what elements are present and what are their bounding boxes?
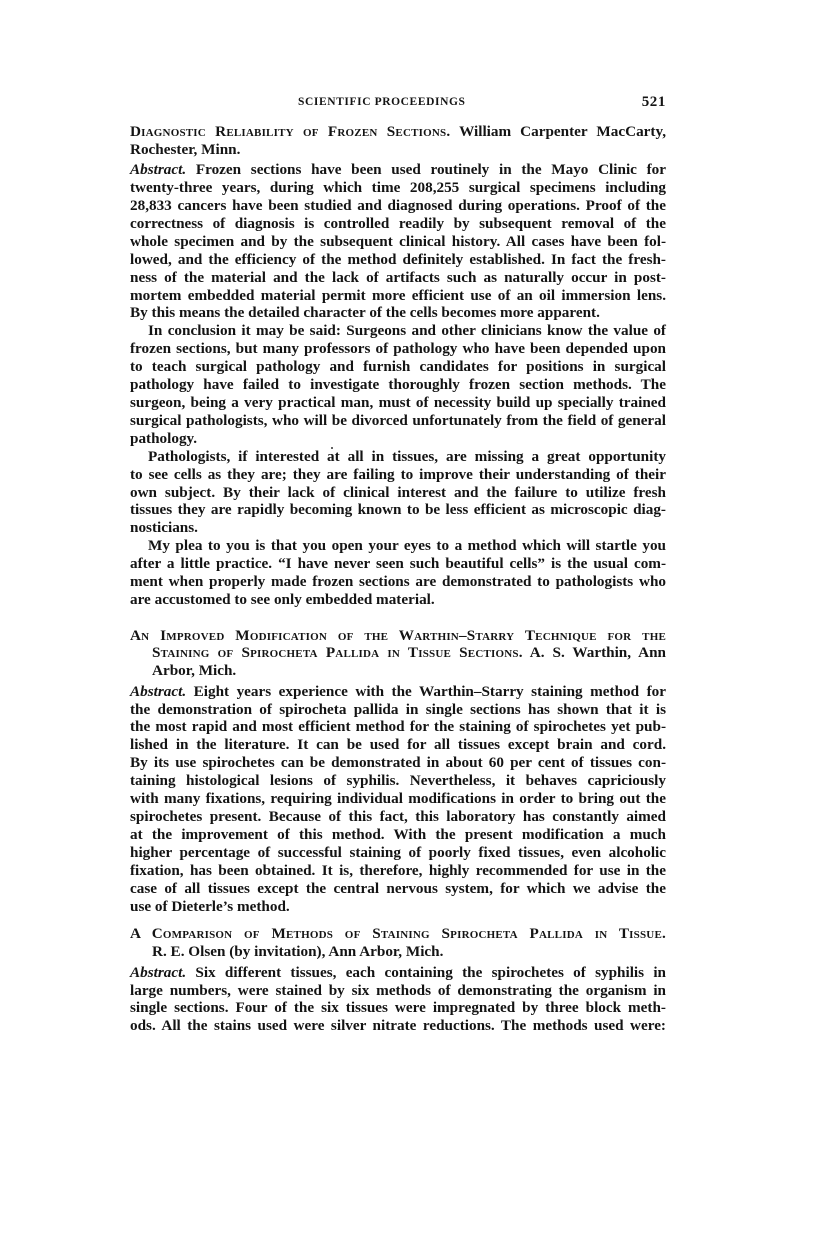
article-title-prefix: A — [130, 925, 152, 942]
running-head: SCIENTIFIC PROCEEDINGS 521 — [130, 92, 666, 114]
heading-line: Staining of Spirocheta Pallida in Tissue… — [152, 644, 666, 662]
text-line: twenty-three years, during which time 20… — [130, 179, 666, 197]
text-line: the demonstration of spirocheta pallida … — [130, 701, 666, 719]
article-title: Staining of Spirocheta Pallida in Tissue… — [152, 644, 523, 661]
text-line: use of Dieterle’s method. — [130, 898, 666, 916]
article-diagnostic-reliability: Diagnostic Reliability of Frozen Section… — [130, 123, 666, 609]
text-line: higher percentage of successful staining… — [130, 844, 666, 862]
text-line: fixation, has been obtained. It is, ther… — [130, 862, 666, 880]
body-paragraph: Pathologists, if interested at all in ti… — [130, 448, 666, 538]
article-title: An Improved Modification of the Warthin–… — [130, 627, 666, 644]
heading-line: Diagnostic Reliability of Frozen Section… — [152, 123, 666, 141]
text-line: case of all tissues except the central n… — [130, 880, 666, 898]
abstract-label: Abstract. — [130, 683, 186, 700]
text-line: By its use spirochetes can be demonstrat… — [130, 754, 666, 772]
text-line: with many fixations, requiring individua… — [130, 790, 666, 808]
text-line: lished in the literature. It can be used… — [130, 736, 666, 754]
heading-line: Arbor, Mich. — [152, 662, 666, 680]
text-line: ness of the material and the lack of art… — [130, 269, 666, 287]
text-line: large numbers, were stained by six metho… — [130, 982, 666, 1000]
text-line: to teach surgical pathology and furnish … — [130, 358, 666, 376]
text-line: to see cells as they are; they are faili… — [130, 466, 666, 484]
article-author: A. S. Warthin, Ann — [523, 644, 666, 661]
article-title: Diagnostic Reliability of Frozen Section… — [130, 123, 450, 140]
text-line: Abstract. Six different tissues, each co… — [130, 964, 666, 982]
text-line: spirochetes present. Because of this fac… — [130, 808, 666, 826]
text-line: mortem embedded material permit more eff… — [130, 287, 666, 305]
text-line: at the improvement of this method. With … — [130, 826, 666, 844]
text-line: 28,833 cancers have been studied and dia… — [130, 197, 666, 215]
article-heading: A Comparison of Methods of Staining Spir… — [130, 925, 666, 960]
running-head-title: SCIENTIFIC PROCEEDINGS — [298, 96, 466, 108]
text-line: ods. All the stains used were silver nit… — [130, 1017, 666, 1035]
heading-line: Rochester, Minn. — [152, 141, 666, 159]
text-line: own subject. By their lack of clinical i… — [130, 484, 666, 502]
journal-page: SCIENTIFIC PROCEEDINGS 521 Diagnostic Re… — [130, 92, 666, 1035]
article-warthin-starry: An Improved Modification of the Warthin–… — [130, 627, 666, 916]
article-affiliation: Arbor, Mich. — [152, 662, 236, 679]
heading-line: An Improved Modification of the Warthin–… — [152, 627, 666, 645]
text-line: My plea to you is that you open your eye… — [130, 537, 666, 555]
heading-line: A Comparison of Methods of Staining Spir… — [152, 925, 666, 943]
text-line: are accustomed to see only embedded mate… — [130, 591, 666, 609]
text-line: lowed, and the efficiency of the method … — [130, 251, 666, 269]
abstract-paragraph: Abstract. Frozen sections have been used… — [130, 161, 666, 322]
text-line: after a little practice. “I have never s… — [130, 555, 666, 573]
text-line: taining histological lesions of syphilis… — [130, 772, 666, 790]
abstract-label: Abstract. — [130, 161, 186, 178]
abstract-label: Abstract. — [130, 964, 186, 981]
text-line: By this means the detailed character of … — [130, 304, 666, 322]
text-line: ment when properly made frozen sections … — [130, 573, 666, 591]
abstract-paragraph: Abstract. Eight years experience with th… — [130, 683, 666, 916]
print-speck — [331, 447, 333, 449]
article-affiliation: Rochester, Minn. — [130, 141, 240, 158]
text-line: Abstract. Frozen sections have been used… — [130, 161, 666, 179]
text-line: pathology have failed to investigate tho… — [130, 376, 666, 394]
text-line: Pathologists, if interested at all in ti… — [130, 448, 666, 466]
text-line: In conclusion it may be said: Surgeons a… — [130, 322, 666, 340]
text-line: Abstract. Eight years experience with th… — [130, 683, 666, 701]
text-line: nosticians. — [130, 519, 666, 537]
body-paragraph: In conclusion it may be said: Surgeons a… — [130, 322, 666, 447]
heading-line: R. E. Olsen (by invitation), Ann Arbor, … — [152, 943, 666, 961]
page-number: 521 — [642, 94, 666, 111]
abstract-paragraph: Abstract. Six different tissues, each co… — [130, 964, 666, 1036]
text-line: whole specimen and by the subsequent cli… — [130, 233, 666, 251]
article-heading: An Improved Modification of the Warthin–… — [130, 627, 666, 680]
text-line: correctness of diagnosis is controlled r… — [130, 215, 666, 233]
text-line: the most rapid and most efficient method… — [130, 718, 666, 736]
text-line: frozen sections, but many professors of … — [130, 340, 666, 358]
text-line: pathology. — [130, 430, 666, 448]
article-comparison-methods: A Comparison of Methods of Staining Spir… — [130, 925, 666, 1035]
text-line: tissues they are rapidly becoming known … — [130, 501, 666, 519]
article-heading: Diagnostic Reliability of Frozen Section… — [130, 123, 666, 158]
text-line: surgeon, being a very practical man, mus… — [130, 394, 666, 412]
text-line: surgical pathologists, who will be divor… — [130, 412, 666, 430]
article-author: William Carpenter MacCarty, — [450, 123, 666, 140]
article-author: R. E. Olsen (by invitation), Ann Arbor, … — [152, 943, 443, 960]
text-line: single sections. Four of the six tissues… — [130, 999, 666, 1017]
body-paragraph: My plea to you is that you open your eye… — [130, 537, 666, 609]
article-title: Comparison of Methods of Staining Spiroc… — [152, 925, 666, 942]
